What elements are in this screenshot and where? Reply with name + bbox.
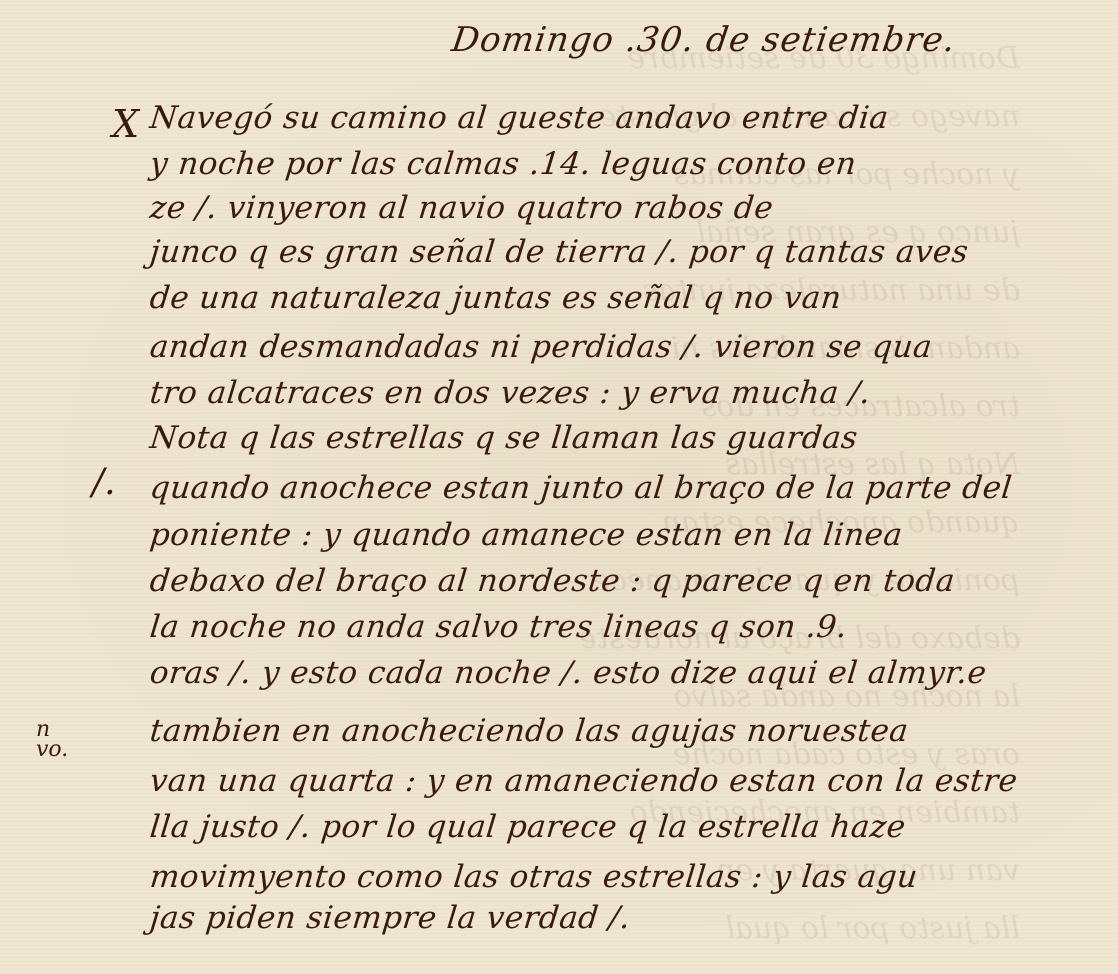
text-line-13: oras /. y esto cada noche /. esto dize a…	[148, 658, 1051, 689]
text-line-10: poniente : y quando amanece estan en la …	[148, 520, 1051, 551]
margin-slash-mark: /.	[92, 462, 116, 503]
text-line-11: debaxo del braço al nordeste : q parece …	[148, 566, 1051, 597]
margin-cross-mark: X	[112, 102, 139, 146]
entry-date-heading: Domingo .30. de setiembre.	[449, 20, 958, 60]
text-line-9: quando anochece estan junto al braço de …	[148, 473, 1051, 504]
margin-note: n vo.	[36, 720, 68, 760]
text-line-6: andan desmandadas ni perdidas /. vieron …	[148, 332, 1051, 363]
text-line-1: Navegó su camino al gueste andavo entre …	[148, 103, 1051, 134]
text-line-8: Nota q las estrellas q se llaman las gua…	[148, 423, 1051, 454]
text-line-7: tro alcatraces en dos vezes : y erva muc…	[148, 378, 1051, 409]
text-line-5: de una naturaleza juntas es señal q no v…	[148, 283, 1051, 314]
text-line-18: jas piden siempre la verdad /.	[148, 903, 1051, 934]
text-line-14: tambien en anocheciendo las agujas norue…	[148, 716, 1051, 747]
text-line-3: ze /. vinyeron al navio quatro rabos de	[148, 193, 1051, 224]
text-line-17: movimyento como las otras estrellas : y …	[148, 862, 1051, 893]
text-line-12: la noche no anda salvo tres lineas q son…	[148, 612, 1051, 643]
text-line-4: junco q es gran señal de tierra /. por q…	[148, 237, 1051, 268]
text-line-2: y noche por las calmas .14. leguas conto…	[148, 149, 1051, 180]
manuscript-page: Domingo 30 de setiembre navego su camino…	[0, 0, 1118, 974]
text-line-16: lla justo /. por lo qual parece q la est…	[148, 812, 1051, 843]
text-line-15: van una quarta : y en amaneciendo estan …	[148, 766, 1051, 797]
